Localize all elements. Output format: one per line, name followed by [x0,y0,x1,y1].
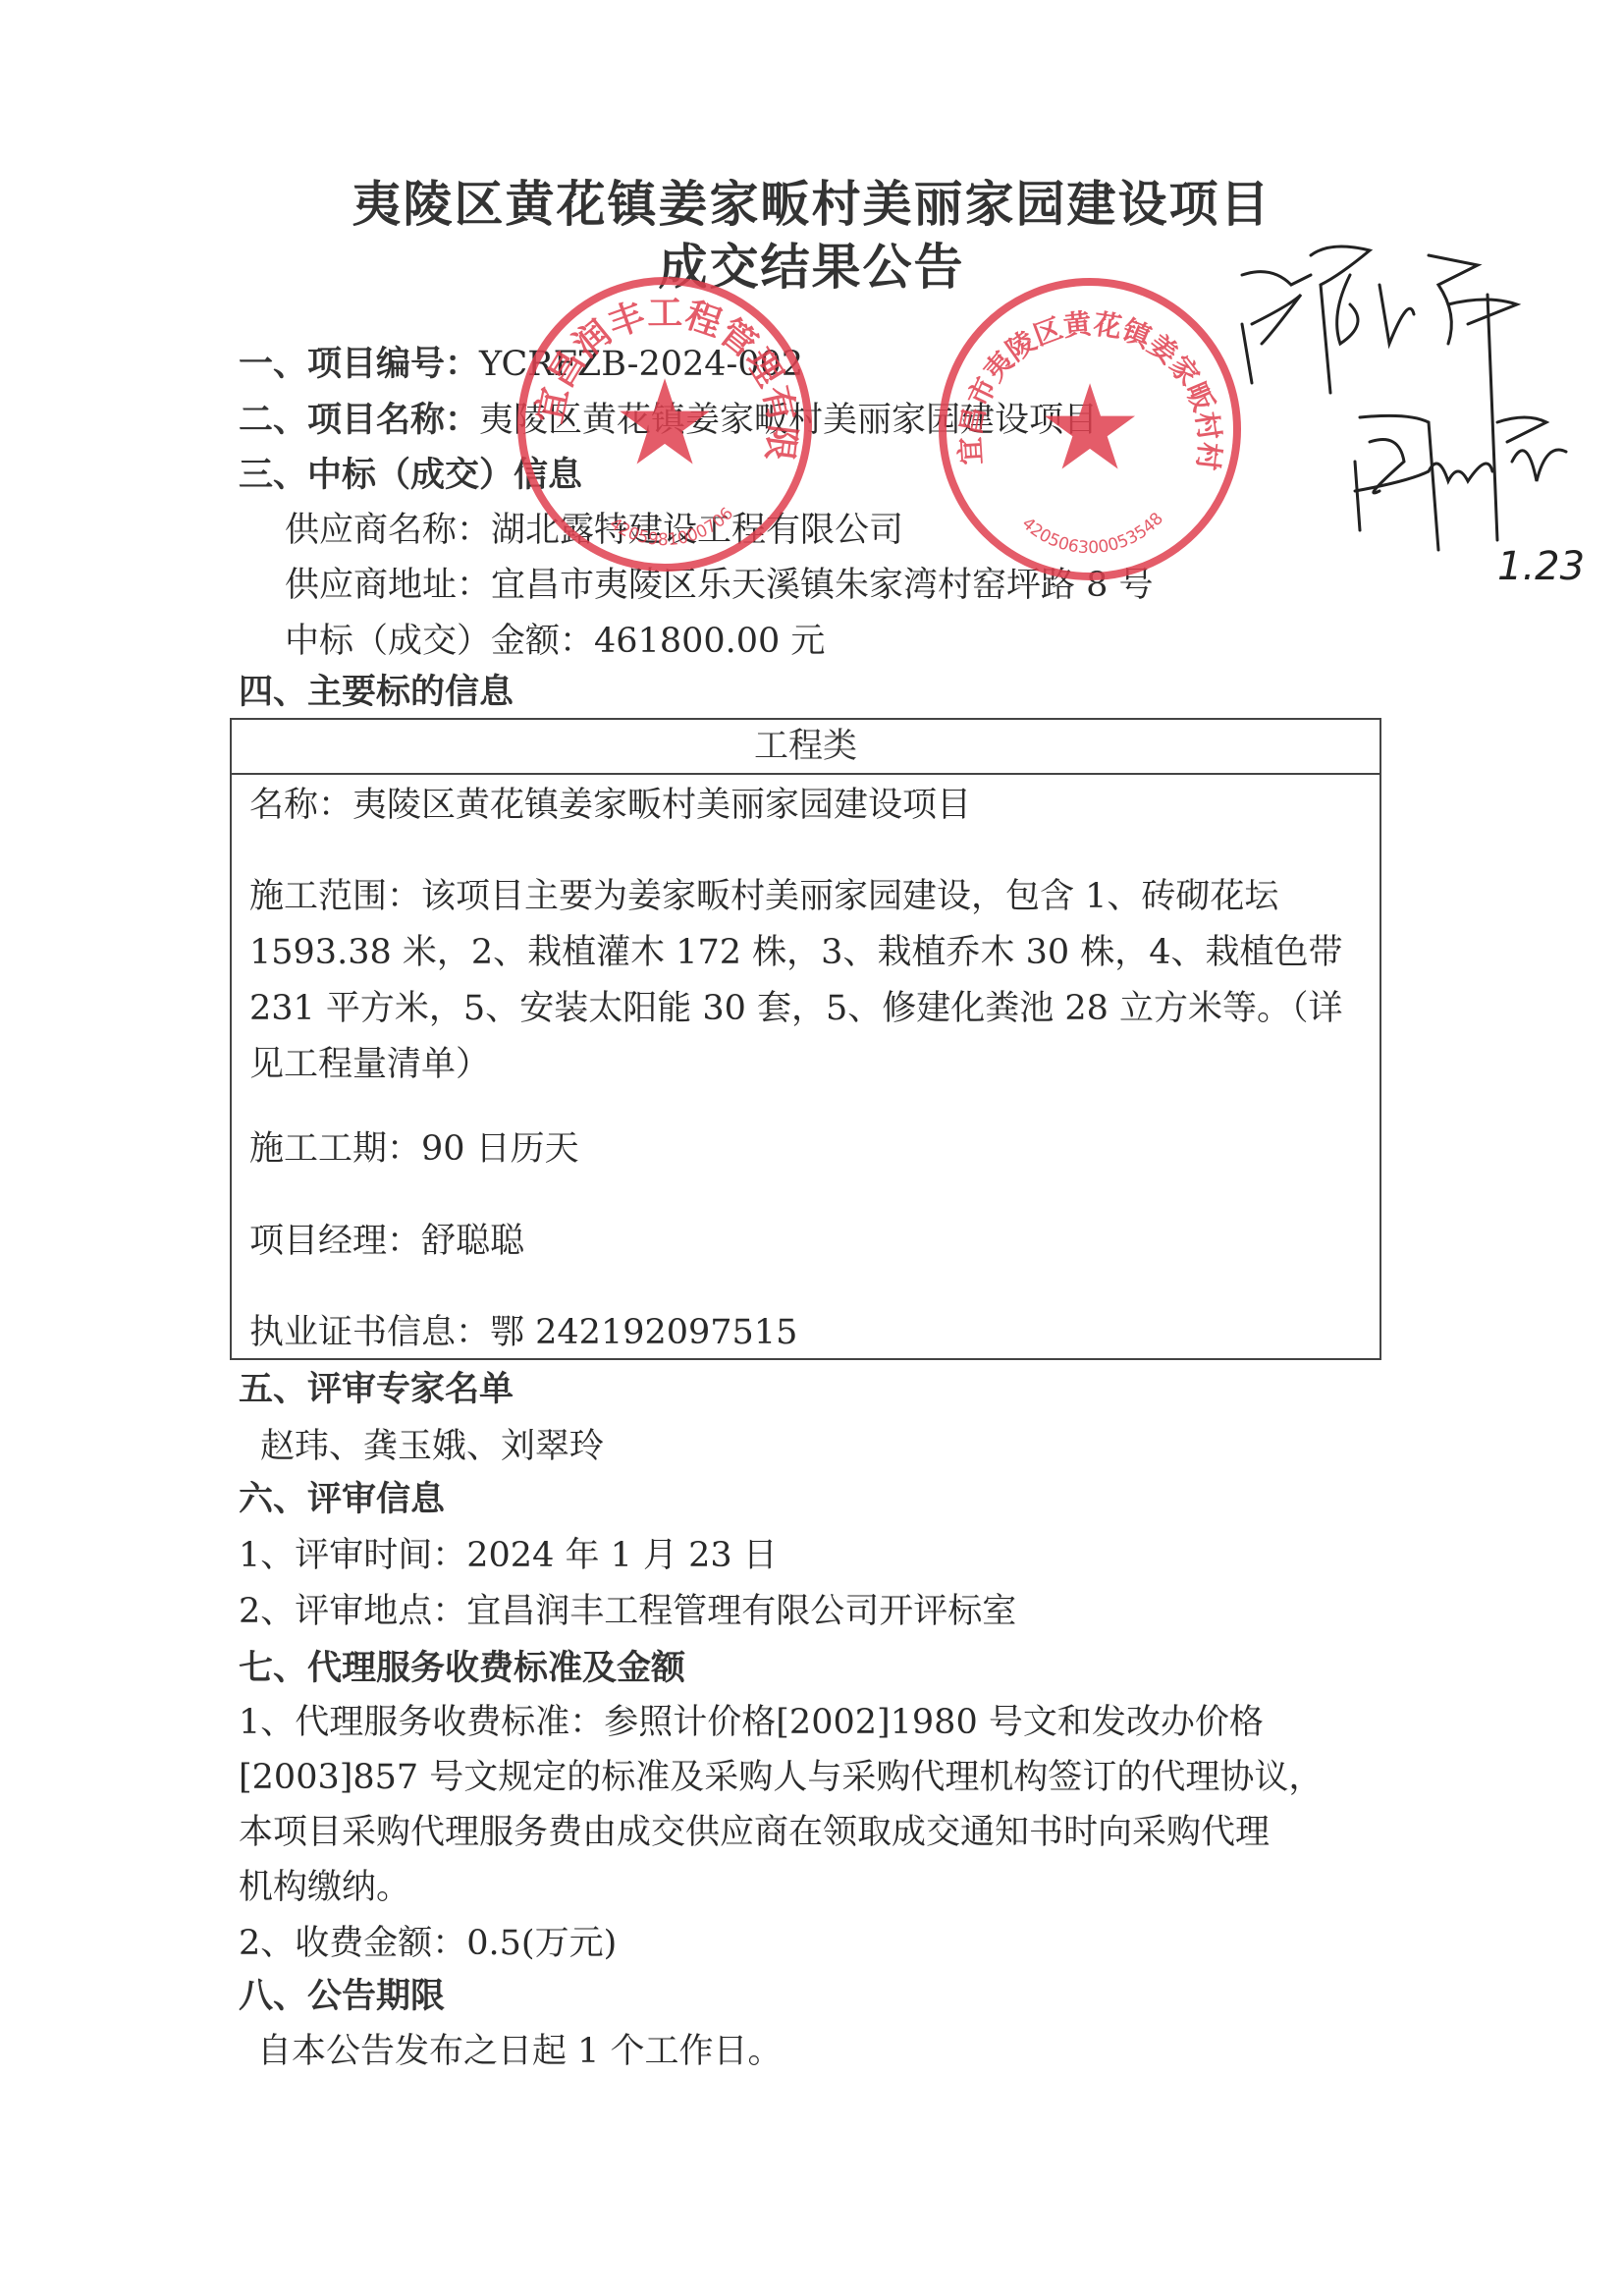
supplier-name-row: 供应商名称：湖北露特建设工程有限公司 [285,514,903,548]
project-name-row: 二、项目名称：夷陵区黄花镇姜家畈村美丽家园建设项目 [239,404,1098,438]
svg-text:420506300053548: 420506300053548 [1018,509,1167,558]
project-manager-row: 项目经理：舒聪聪 [249,1225,524,1259]
manager-label: 项目经理： [249,1222,421,1261]
table-name-value: 夷陵区黄花镇姜家畈村美丽家园建设项目 [352,786,971,825]
certificate-row: 执业证书信息：鄂 242192097515 [249,1316,797,1350]
supplier-name-label: 供应商名称： [285,511,491,550]
project-number-value: YCRFZB-2024-002 [479,345,803,384]
section4-heading: 四、主要标的信息 [239,676,514,710]
table-header-category: 工程类 [232,720,1380,775]
fee-standard-line1: 1、代理服务收费标准：参照计价格[2002]1980 号文和发改办价格 [239,1706,1264,1740]
duration-value: 90 日历天 [421,1129,579,1169]
review-place: 2、评审地点：宜昌润丰工程管理有限公司开评标室 [239,1595,1016,1629]
duration-label: 施工工期： [249,1129,421,1169]
notice-period-text: 自本公告发布之日起 1 个工作日。 [257,2035,783,2069]
section6-heading: 六、评审信息 [239,1483,445,1517]
construction-duration-row: 施工工期：90 日历天 [249,1132,579,1167]
project-number-label: 一、项目编号： [239,345,479,384]
table-name-label: 名称： [249,786,352,825]
document-title-line1: 夷陵区黄花镇姜家畈村美丽家园建设项目 [0,165,1623,236]
certificate-value: 鄂 242192097515 [490,1313,797,1352]
supplier-address-value: 宜昌市夷陵区乐天溪镇朱家湾村窑坪路 8 号 [491,566,1154,605]
bid-amount-value: 461800.00 元 [594,622,825,661]
table-name-row: 名称：夷陵区黄花镇姜家畈村美丽家园建设项目 [249,789,971,823]
bid-amount-label: 中标（成交）金额： [285,622,594,661]
review-time: 1、评审时间：2024 年 1 月 23 日 [239,1539,778,1573]
section5-heading: 五、评审专家名单 [239,1373,514,1407]
manager-value: 舒聪聪 [421,1222,524,1261]
construction-scope: 施工范围：该项目主要为姜家畈村美丽家园建设，包含 1、砖砌花坛 1593.38 … [249,869,1359,1093]
fee-standard-line2: [2003]857 号文规定的标准及采购人与采购代理机构签订的代理协议， [239,1761,1323,1795]
svg-text:宜昌市夷陵区黄花镇姜家畈村村民委员会: 宜昌市夷陵区黄花镇姜家畈村村民委员会 [947,286,1226,472]
bid-amount-row: 中标（成交）金额：461800.00 元 [285,625,825,659]
certificate-label: 执业证书信息： [249,1313,490,1352]
project-name-value: 夷陵区黄花镇姜家畈村美丽家园建设项目 [479,401,1098,440]
fee-standard-line3: 本项目采购代理服务费由成交供应商在领取成交通知书时向采购代理 [239,1816,1270,1850]
project-number-row: 一、项目编号：YCRFZB-2024-002 [239,348,803,382]
section7-heading: 七、代理服务收费标准及金额 [239,1652,685,1686]
subject-info-table: 工程类 名称：夷陵区黄花镇姜家畈村美丽家园建设项目 施工范围：该项目主要为姜家畈… [230,718,1381,1360]
fee-standard-line4: 机构缴纳。 [239,1871,410,1905]
svg-text:1.23: 1.23 [1497,544,1585,589]
project-name-label: 二、项目名称： [239,401,479,440]
section3-heading: 三、中标（成交）信息 [239,459,582,493]
document-title-line2: 成交结果公告 [0,228,1623,299]
expert-list: 赵玮、龚玉娥、刘翠玲 [260,1430,604,1464]
supplier-address-row: 供应商地址：宜昌市夷陵区乐天溪镇朱家湾村窑坪路 8 号 [285,569,1154,603]
fee-amount: 2、收费金额：0.5(万元) [239,1927,617,1961]
section8-heading: 八、公告期限 [239,1980,445,2014]
supplier-name-value: 湖北露特建设工程有限公司 [491,511,903,550]
supplier-address-label: 供应商地址： [285,566,491,605]
